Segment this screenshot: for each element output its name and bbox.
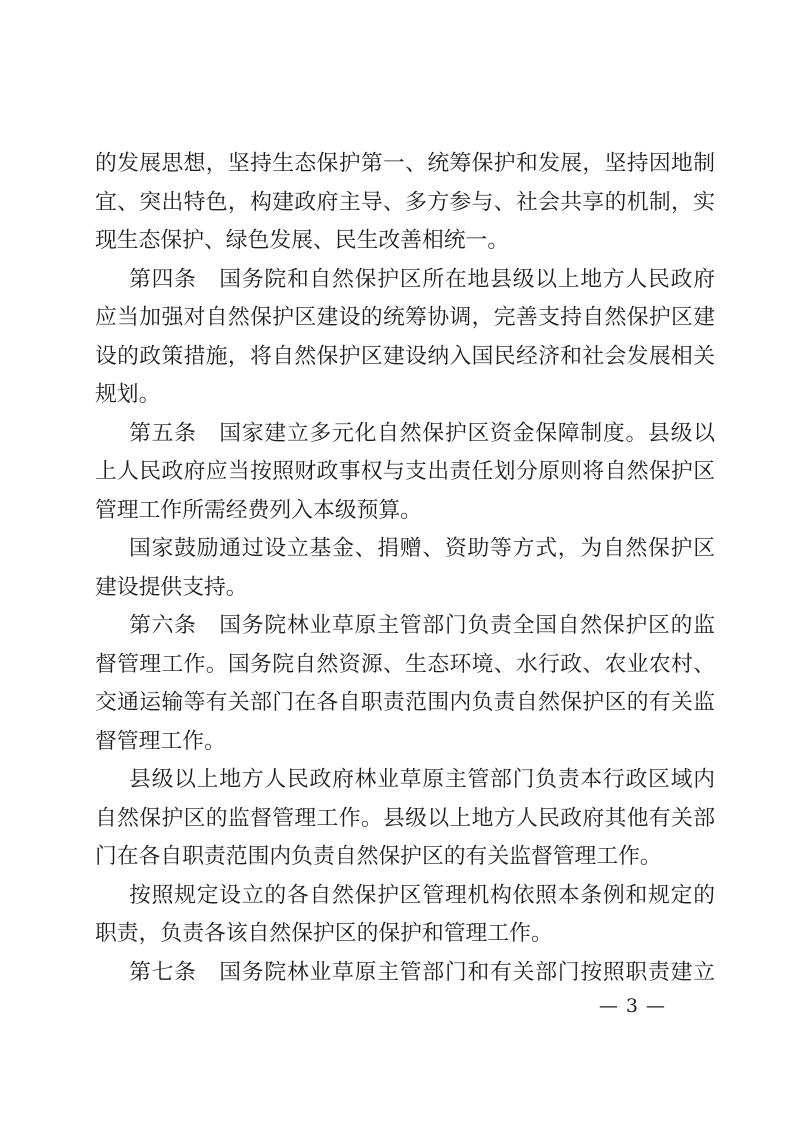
text-line: 设的政策措施，将自然保护区建设纳入国民经济和社会发展相关 <box>95 338 715 377</box>
page-number: — 3 — <box>599 994 666 1018</box>
text-line: 上人民政府应当按照财政事权与支出责任划分原则将自然保护区 <box>95 453 715 492</box>
paragraph: 第四条 国务院和自然保护区所在地县级以上地方人民政府应当加强对自然保护区建设的统… <box>95 261 715 415</box>
text-line: 按照规定设立的各自然保护区管理机构依照本条例和规定的 <box>95 877 715 916</box>
text-line: 的发展思想，坚持生态保护第一、统筹保护和发展，坚持因地制 <box>95 145 715 184</box>
document-body: 的发展思想，坚持生态保护第一、统筹保护和发展，坚持因地制宜、突出特色，构建政府主… <box>95 145 715 992</box>
text-line: 规划。 <box>95 376 715 415</box>
text-line: 县级以上地方人民政府林业草原主管部门负责本行政区域内 <box>95 761 715 800</box>
paragraph: 第六条 国务院林业草原主管部门负责全国自然保护区的监督管理工作。国务院自然资源、… <box>95 607 715 761</box>
paragraph: 的发展思想，坚持生态保护第一、统筹保护和发展，坚持因地制宜、突出特色，构建政府主… <box>95 145 715 261</box>
paragraph: 第七条 国务院林业草原主管部门和有关部门按照职责建立 <box>95 954 715 993</box>
paragraph: 国家鼓励通过设立基金、捐赠、资助等方式，为自然保护区建设提供支持。 <box>95 530 715 607</box>
text-line: 门在各自职责范围内负责自然保护区的有关监督管理工作。 <box>95 838 715 877</box>
text-line: 第五条 国家建立多元化自然保护区资金保障制度。县级以 <box>95 415 715 454</box>
text-line: 国家鼓励通过设立基金、捐赠、资助等方式，为自然保护区 <box>95 530 715 569</box>
text-line: 第四条 国务院和自然保护区所在地县级以上地方人民政府 <box>95 261 715 300</box>
text-line: 职责，负责各该自然保护区的保护和管理工作。 <box>95 915 715 954</box>
text-line: 交通运输等有关部门在各自职责范围内负责自然保护区的有关监 <box>95 684 715 723</box>
paragraph: 第五条 国家建立多元化自然保护区资金保障制度。县级以上人民政府应当按照财政事权与… <box>95 415 715 531</box>
text-line: 第七条 国务院林业草原主管部门和有关部门按照职责建立 <box>95 954 715 993</box>
paragraph: 按照规定设立的各自然保护区管理机构依照本条例和规定的职责，负责各该自然保护区的保… <box>95 877 715 954</box>
text-line: 宜、突出特色，构建政府主导、多方参与、社会共享的机制，实 <box>95 184 715 223</box>
text-line: 建设提供支持。 <box>95 569 715 608</box>
document-page: 的发展思想，坚持生态保护第一、统筹保护和发展，坚持因地制宜、突出特色，构建政府主… <box>0 0 794 1123</box>
text-line: 应当加强对自然保护区建设的统筹协调，完善支持自然保护区建 <box>95 299 715 338</box>
text-line: 自然保护区的监督管理工作。县级以上地方人民政府其他有关部 <box>95 800 715 839</box>
text-line: 督管理工作。国务院自然资源、生态环境、水行政、农业农村、 <box>95 646 715 685</box>
text-line: 第六条 国务院林业草原主管部门负责全国自然保护区的监 <box>95 607 715 646</box>
paragraph: 县级以上地方人民政府林业草原主管部门负责本行政区域内自然保护区的监督管理工作。县… <box>95 761 715 877</box>
text-line: 管理工作所需经费列入本级预算。 <box>95 492 715 531</box>
text-line: 现生态保护、绿色发展、民生改善相统一。 <box>95 222 715 261</box>
text-line: 督管理工作。 <box>95 723 715 762</box>
